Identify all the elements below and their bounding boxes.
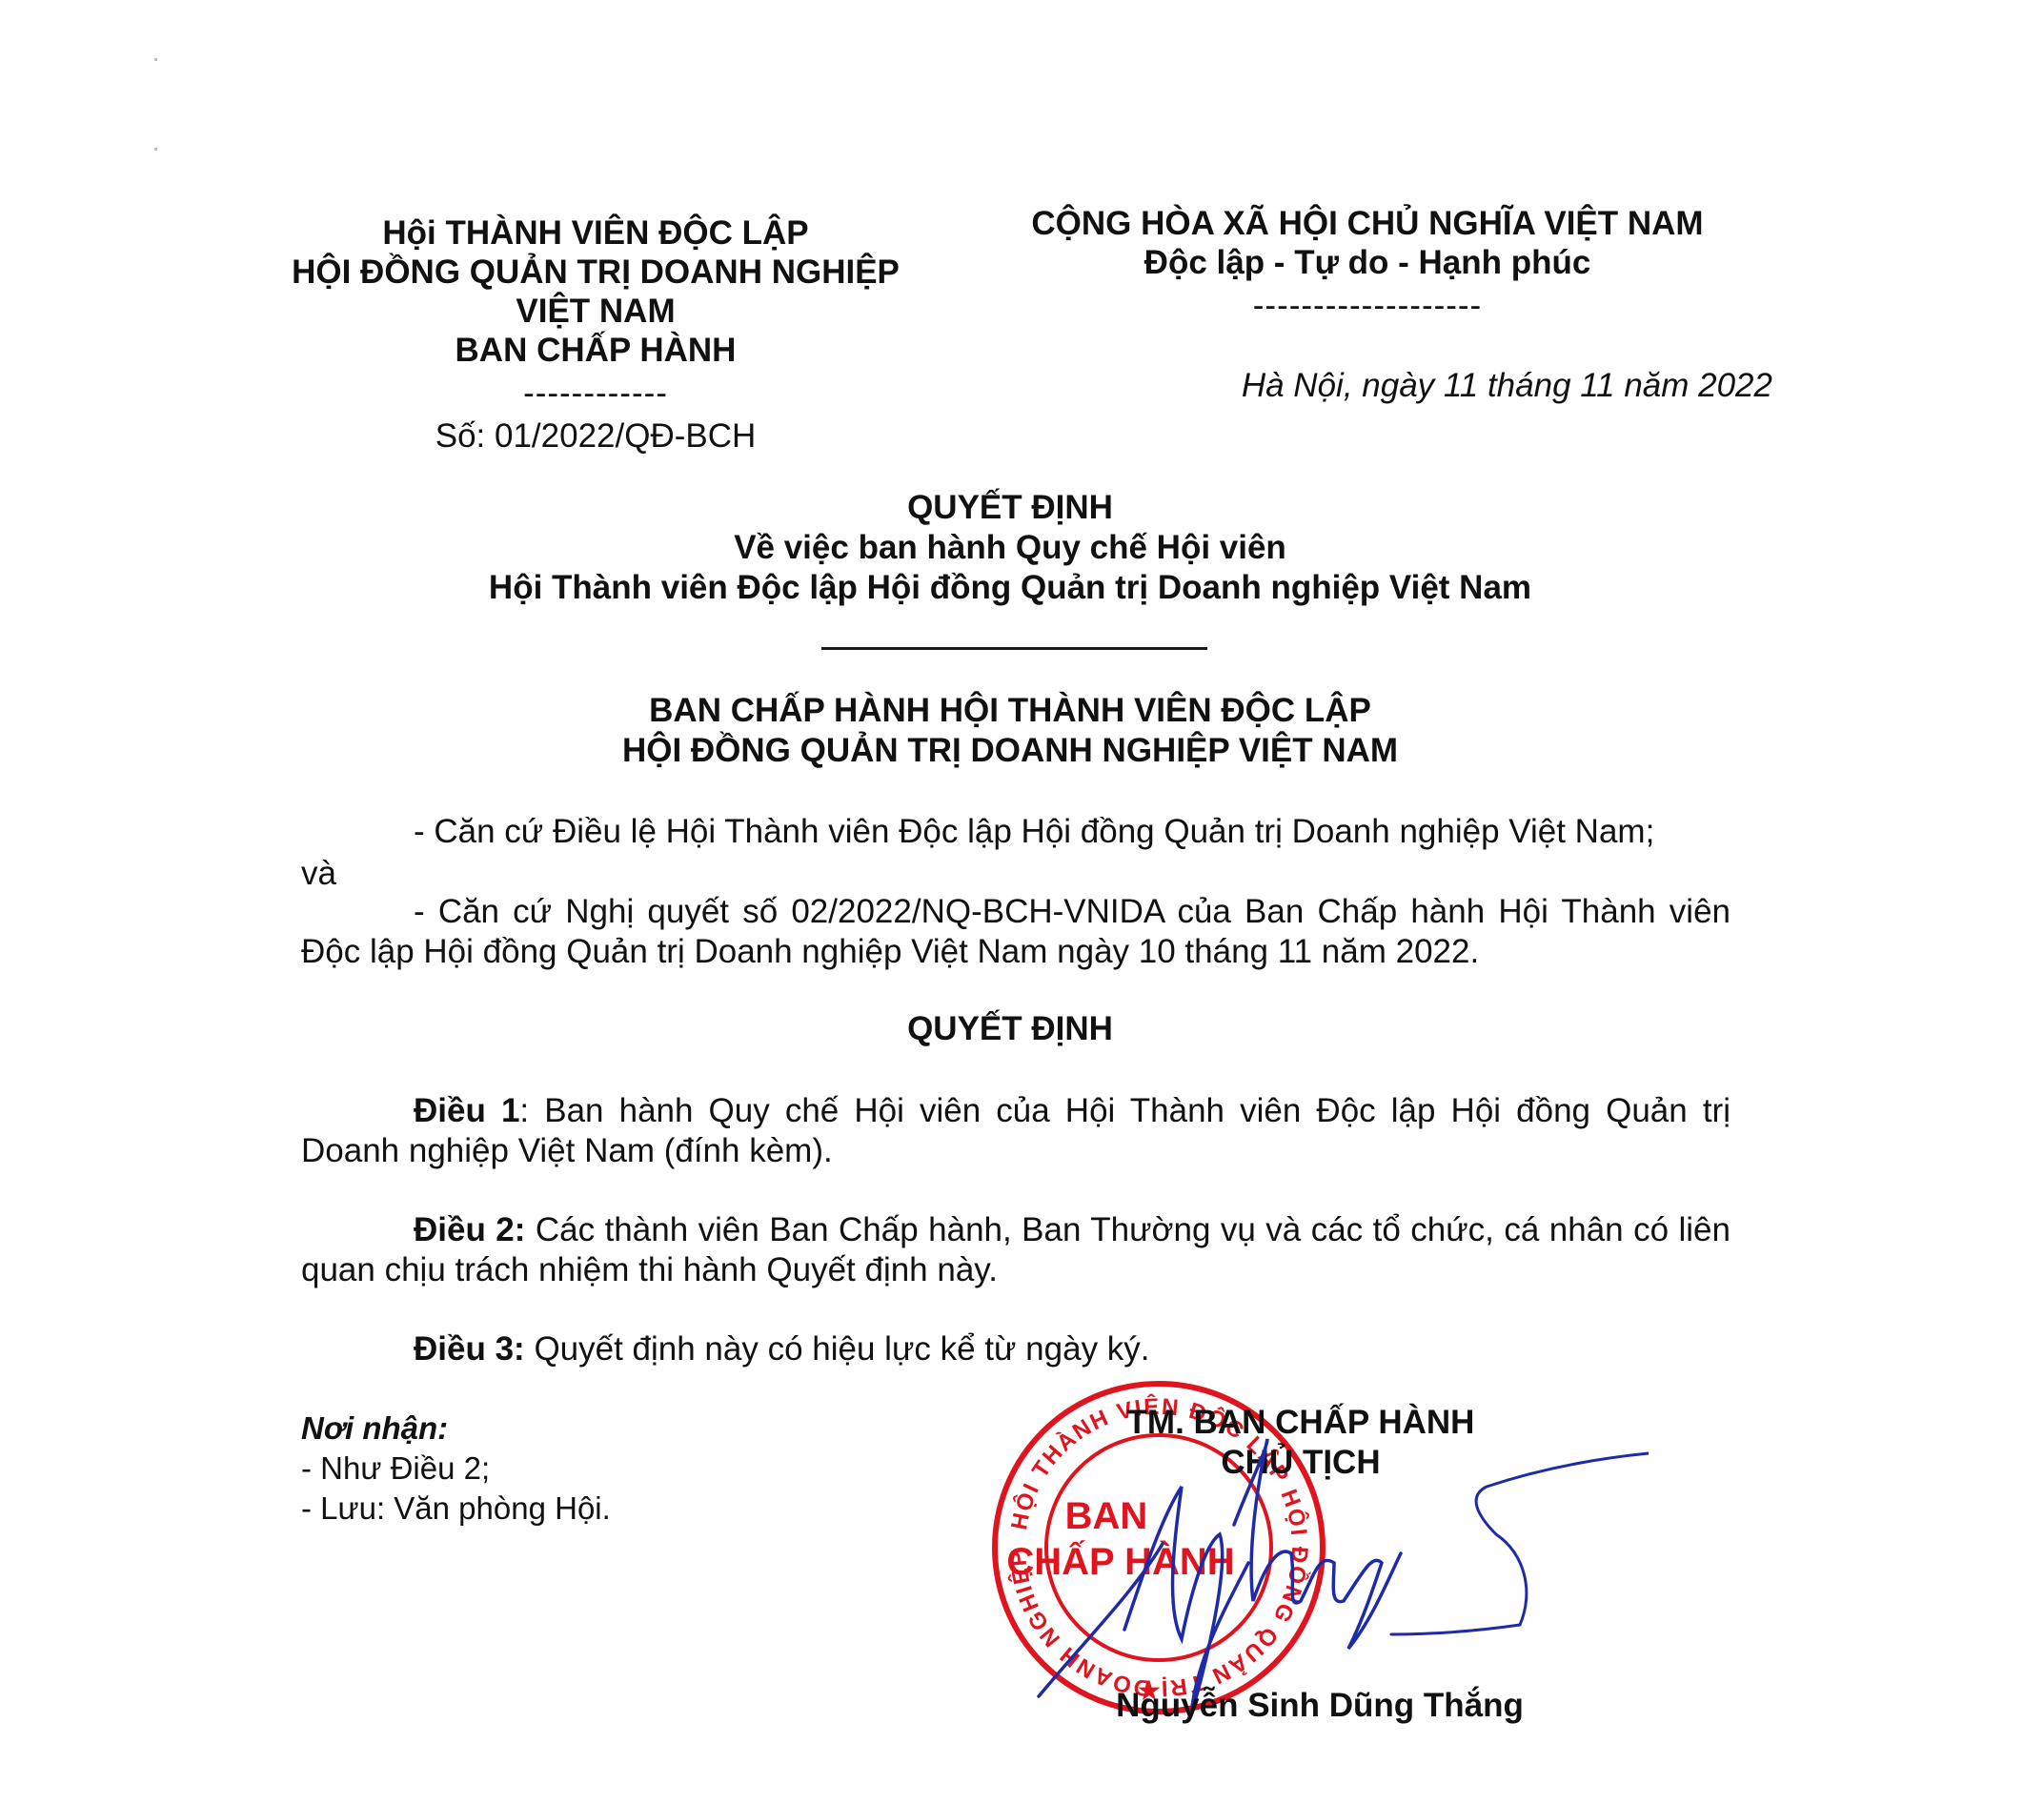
issuing-body-line4: BAN CHẤP HÀNH: [257, 331, 934, 370]
national-header: CỘNG HÒA XÃ HỘI CHỦ NGHĨA VIỆT NAM Độc l…: [953, 204, 1782, 325]
title-heading: QUYẾT ĐỊNH: [286, 488, 1734, 528]
article-1-label: Điều 1: [414, 1092, 519, 1129]
motto-separator: -------------------: [953, 286, 1782, 325]
recipient-item: - Lưu: Văn phòng Hội.: [301, 1489, 611, 1529]
recipients-heading: Nơi nhận:: [301, 1409, 611, 1449]
title-subject-line2: Hội Thành viên Độc lập Hội đồng Quản trị…: [286, 568, 1734, 608]
handwritten-signature-icon: [1029, 1429, 1649, 1725]
issuer-line2: HỘI ĐỒNG QUẢN TRỊ DOANH NGHIỆP VIỆT NAM: [286, 731, 1734, 771]
title-underline: [821, 647, 1207, 650]
title-subject-line1: Về việc ban hành Quy chế Hội viên: [286, 528, 1734, 568]
legal-basis-1: - Căn cứ Điều lệ Hội Thành viên Độc lập …: [301, 812, 1730, 852]
signer-name: Nguyễn Sinh Dũng Thắng: [1096, 1687, 1544, 1725]
issuing-body-line2: HỘI ĐỒNG QUẢN TRỊ DOANH NGHIỆP: [257, 253, 934, 292]
place-date: Hà Nội, ngày 11 tháng 11 năm 2022: [953, 367, 1772, 405]
recipient-item: - Như Điều 2;: [301, 1449, 611, 1489]
scan-mark: [154, 148, 157, 151]
article-2: Điều 2: Các thành viên Ban Chấp hành, Ba…: [301, 1210, 1730, 1290]
document-page: Hội THÀNH VIÊN ĐỘC LẬP HỘI ĐỒNG QUẢN TRỊ…: [0, 0, 2044, 1804]
legal-basis-2: - Căn cứ Nghị quyết số 02/2022/NQ-BCH-VN…: [301, 892, 1730, 972]
header-separator: ------------: [257, 374, 934, 413]
article-2-label: Điều 2:: [414, 1211, 525, 1248]
recipients: Nơi nhận: - Như Điều 2; - Lưu: Văn phòng…: [301, 1409, 611, 1529]
issuer-heading: BAN CHẤP HÀNH HỘI THÀNH VIÊN ĐỘC LẬP HỘI…: [286, 691, 1734, 771]
decision-heading: QUYẾT ĐỊNH: [286, 1010, 1734, 1048]
document-number: Số: 01/2022/QĐ-BCH: [257, 416, 934, 456]
article-3: Điều 3: Quyết định này có hiệu lực kể từ…: [301, 1329, 1730, 1369]
country-name: CỘNG HÒA XÃ HỘI CHỦ NGHĨA VIỆT NAM: [953, 204, 1782, 243]
article-3-text: Quyết định này có hiệu lực kể từ ngày ký…: [534, 1330, 1149, 1368]
basis-conjunction: và: [301, 854, 1730, 894]
issuer-line1: BAN CHẤP HÀNH HỘI THÀNH VIÊN ĐỘC LẬP: [286, 691, 1734, 731]
article-3-label: Điều 3:: [414, 1330, 525, 1368]
national-motto: Độc lập - Tự do - Hạnh phúc: [953, 243, 1782, 282]
issuing-body-line3: VIỆT NAM: [257, 292, 934, 331]
decision-title: QUYẾT ĐỊNH Về việc ban hành Quy chế Hội …: [286, 488, 1734, 608]
issuing-body-line1: Hội THÀNH VIÊN ĐỘC LẬP: [257, 213, 934, 253]
article-1: Điều 1: Ban hành Quy chế Hội viên của Hộ…: [301, 1091, 1730, 1171]
issuing-body-header: Hội THÀNH VIÊN ĐỘC LẬP HỘI ĐỒNG QUẢN TRỊ…: [257, 213, 934, 456]
scan-mark: [154, 58, 157, 61]
